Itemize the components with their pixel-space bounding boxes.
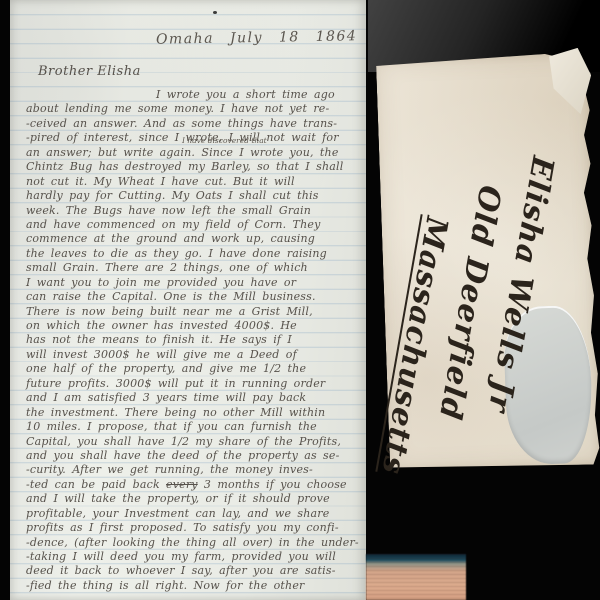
letter-line: on which the owner has invested 4000$. H…	[26, 319, 364, 333]
letter-line: -taking I will deed you my farm, provide…	[26, 550, 364, 564]
letter-line: hardly pay for Cutting. My Oats I shall …	[26, 189, 364, 203]
struck-word: every	[166, 478, 198, 491]
letter-line: will invest 3000$ he will give me a Deed…	[26, 348, 364, 362]
letter-line: -dence, (after looking the thing all ove…	[26, 536, 364, 550]
letter-line: and I am satisfied 3 years time will pay…	[26, 391, 364, 405]
letter-line: -fied the thing is all right. Now for th…	[26, 579, 364, 593]
letter-line: one half of the property, and give me 1/…	[26, 362, 364, 376]
letter-line: an answer; but write again. Since I wrot…	[26, 146, 364, 160]
letter-line: profits as I first proposed. To satisfy …	[26, 521, 364, 535]
letter-line: and have commenced on my field of Corn. …	[26, 218, 364, 232]
letter-salutation: Brother Elisha	[38, 64, 141, 79]
letter-line: Chintz Bug has destroyed my Barley, so t…	[26, 160, 364, 174]
letter-line-segment: -ted can be paid back	[26, 478, 166, 491]
letter-body: I wrote you a short time ago about lendi…	[26, 88, 364, 593]
letter-dateline: Omaha July 18 1864	[156, 28, 358, 48]
letter-line: the investment. There being no other Mil…	[26, 406, 364, 420]
letter-line: deed it back to whoever I say, after you…	[26, 564, 364, 578]
letter-line: can raise the Capital. One is the Mill b…	[26, 290, 364, 304]
letter-line: about lending me some money. I have not …	[26, 102, 364, 116]
letter-line: has not the means to finish it. He says …	[26, 333, 364, 347]
letter-line: profitable, your Investment can lay, and…	[26, 507, 364, 521]
letter-line: week. The Bugs have now left the small G…	[26, 204, 364, 218]
envelope: Elisha Wells Jr Old Deerfield Massachuse…	[376, 52, 600, 471]
letter-line: There is now being built near me a Grist…	[26, 305, 364, 319]
foreground-object	[366, 554, 466, 600]
letter-line: 10 miles. I propose, that if you can fur…	[26, 420, 364, 434]
letter-page: Omaha July 18 1864 Brother Elisha I have…	[10, 0, 366, 600]
letter-line: future profits. 3000$ will put it in run…	[26, 377, 364, 391]
letter-line: -ted can be paid back every 3 months if …	[26, 478, 364, 492]
letter-line: I wrote you a short time ago	[26, 88, 364, 102]
photo-stage: Omaha July 18 1864 Brother Elisha I have…	[0, 0, 600, 600]
letter-line: -ceived an answer. And as some things ha…	[26, 117, 364, 131]
letter-line: the leaves to die as they go. I have don…	[26, 247, 364, 261]
letter-line: -curity. After we get running, the money…	[26, 463, 364, 477]
letter-line: and you shall have the deed of the prope…	[26, 449, 364, 463]
letter-line: and I will take the property, or if it s…	[26, 492, 364, 506]
letter-line: not cut it. My Wheat I have cut. But it …	[26, 175, 364, 189]
letter-line: small Grain. There are 2 things, one of …	[26, 261, 364, 275]
letter-line: commence at the ground and work up, caus…	[26, 232, 364, 246]
letter-line: Capital, you shall have 1/2 my share of …	[26, 435, 364, 449]
letter-line-segment: 3 months if you choose	[198, 478, 347, 491]
letter-line: -pired of interest, since I wrote, I wil…	[26, 131, 364, 145]
letter-line: I want you to join me provided you have …	[26, 276, 364, 290]
